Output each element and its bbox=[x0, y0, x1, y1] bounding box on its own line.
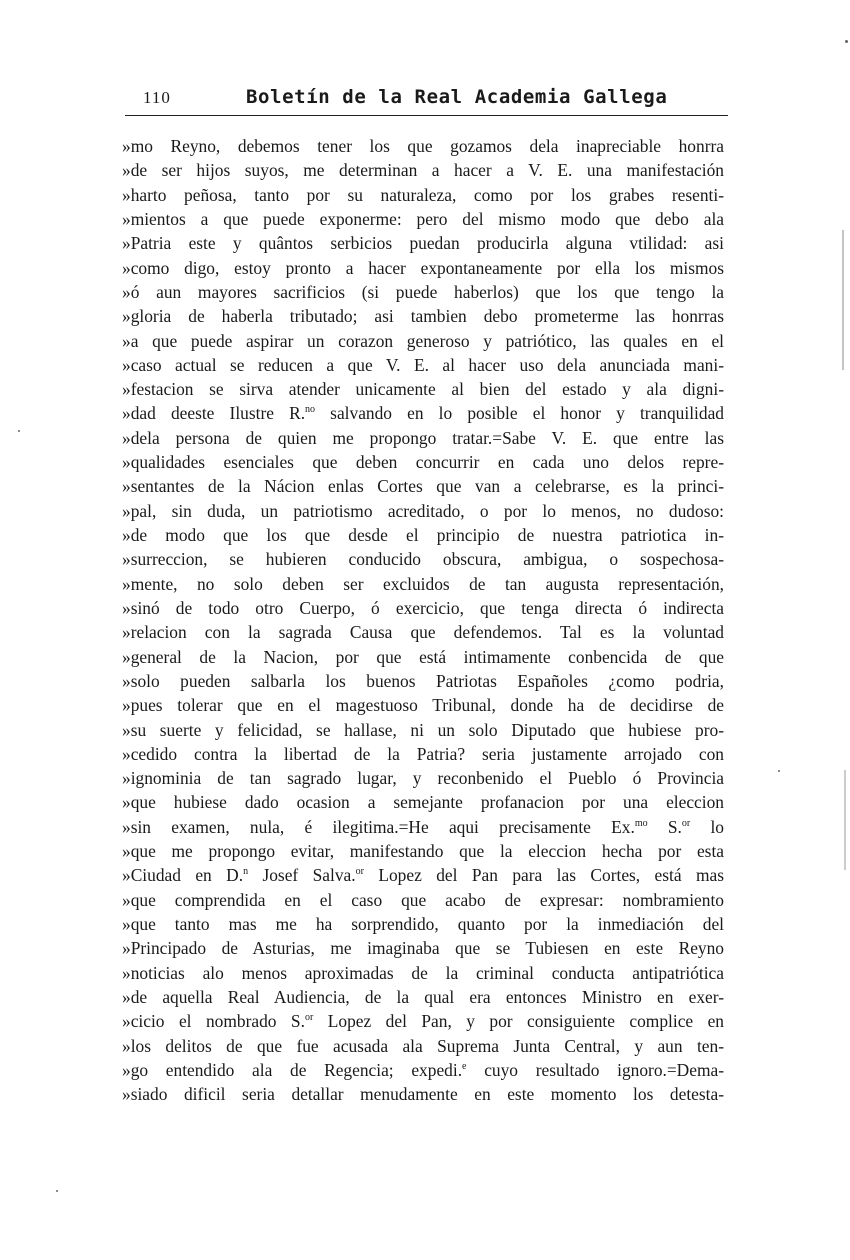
text-line: »su suerte y felicidad, se hallase, ni u… bbox=[122, 718, 724, 742]
running-head: 110 Boletín de la Real Academia Gallega bbox=[143, 86, 730, 112]
text-line: »pal, sin duda, un patriotismo acreditad… bbox=[122, 499, 724, 523]
text-line: »gloria de haberla tributado; asi tambie… bbox=[122, 304, 724, 328]
scan-speck bbox=[56, 1190, 58, 1192]
text-line: »Patria este y quântos serbicios puedan … bbox=[122, 231, 724, 255]
text-line: »los delitos de que fue acusada ala Supr… bbox=[122, 1034, 724, 1058]
scanned-page: 110 Boletín de la Real Academia Gallega … bbox=[0, 0, 850, 1260]
text-line: »cicio el nombrado S.or Lopez del Pan, y… bbox=[122, 1009, 724, 1033]
scan-speck bbox=[18, 430, 20, 432]
text-line: »siado dificil seria detallar menudament… bbox=[122, 1082, 724, 1106]
text-line: »dela persona de quien me propongo trata… bbox=[122, 426, 724, 450]
text-line: »relacion con la sagrada Causa que defen… bbox=[122, 620, 724, 644]
text-line: »pues tolerar que en el magestuoso Tribu… bbox=[122, 693, 724, 717]
text-line: »que me propongo evitar, manifestando qu… bbox=[122, 839, 724, 863]
text-line: »solo pueden salbarla los buenos Patriot… bbox=[122, 669, 724, 693]
text-line: »que tanto mas me ha sorprendido, quanto… bbox=[122, 912, 724, 936]
text-line: »surreccion, se hubieren conducido obscu… bbox=[122, 547, 724, 571]
text-line: »de ser hijos suyos, me determinan a hac… bbox=[122, 158, 724, 182]
text-line: »de aquella Real Audiencia, de la qual e… bbox=[122, 985, 724, 1009]
margin-scan-mark bbox=[842, 230, 844, 370]
text-line: »Principado de Asturias, me imaginaba qu… bbox=[122, 936, 724, 960]
scan-speck bbox=[845, 40, 848, 43]
text-line: »qualidades esenciales que deben concurr… bbox=[122, 450, 724, 474]
journal-title: Boletín de la Real Academia Gallega bbox=[246, 86, 667, 108]
text-line: »mente, no solo deben ser excluidos de t… bbox=[122, 572, 724, 596]
text-line: »caso actual se reducen a que V. E. al h… bbox=[122, 353, 724, 377]
text-line: »como digo, estoy pronto a hacer exponta… bbox=[122, 256, 724, 280]
text-line: »ó aun mayores sacrificios (si puede hab… bbox=[122, 280, 724, 304]
page-number: 110 bbox=[143, 88, 171, 108]
text-line: »mo Reyno, debemos tener los que gozamos… bbox=[122, 134, 724, 158]
text-line: »sentantes de la Nácion enlas Cortes que… bbox=[122, 474, 724, 498]
text-line: »cedido contra la libertad de la Patria?… bbox=[122, 742, 724, 766]
text-line: »ignominia de tan sagrado lugar, y recon… bbox=[122, 766, 724, 790]
body-text: »mo Reyno, debemos tener los que gozamos… bbox=[122, 134, 724, 1107]
text-line: »noticias alo menos aproximadas de la cr… bbox=[122, 961, 724, 985]
text-line: »festacion se sirva atender unicamente a… bbox=[122, 377, 724, 401]
text-line: »harto peñosa, tanto por su naturaleza, … bbox=[122, 183, 724, 207]
text-line: »go entendido ala de Regencia; expedi.e … bbox=[122, 1058, 724, 1082]
text-line: »de modo que los que desde el principio … bbox=[122, 523, 724, 547]
margin-scan-mark bbox=[844, 770, 846, 870]
text-line: »general de la Nacion, por que está inti… bbox=[122, 645, 724, 669]
text-line: »a que puede aspirar un corazon generoso… bbox=[122, 329, 724, 353]
header-rule bbox=[125, 115, 728, 116]
text-line: »sinó de todo otro Cuerpo, ó exercicio, … bbox=[122, 596, 724, 620]
text-line: »sin examen, nula, é ilegitima.=He aqui … bbox=[122, 815, 724, 839]
text-line: »dad deeste Ilustre R.no salvando en lo … bbox=[122, 401, 724, 425]
text-line: »que hubiese dado ocasion a semejante pr… bbox=[122, 790, 724, 814]
text-line: »Ciudad en D.n Josef Salva.or Lopez del … bbox=[122, 863, 724, 887]
scan-speck bbox=[778, 770, 780, 772]
text-line: »que comprendida en el caso que acabo de… bbox=[122, 888, 724, 912]
text-line: »mientos a que puede exponerme: pero del… bbox=[122, 207, 724, 231]
